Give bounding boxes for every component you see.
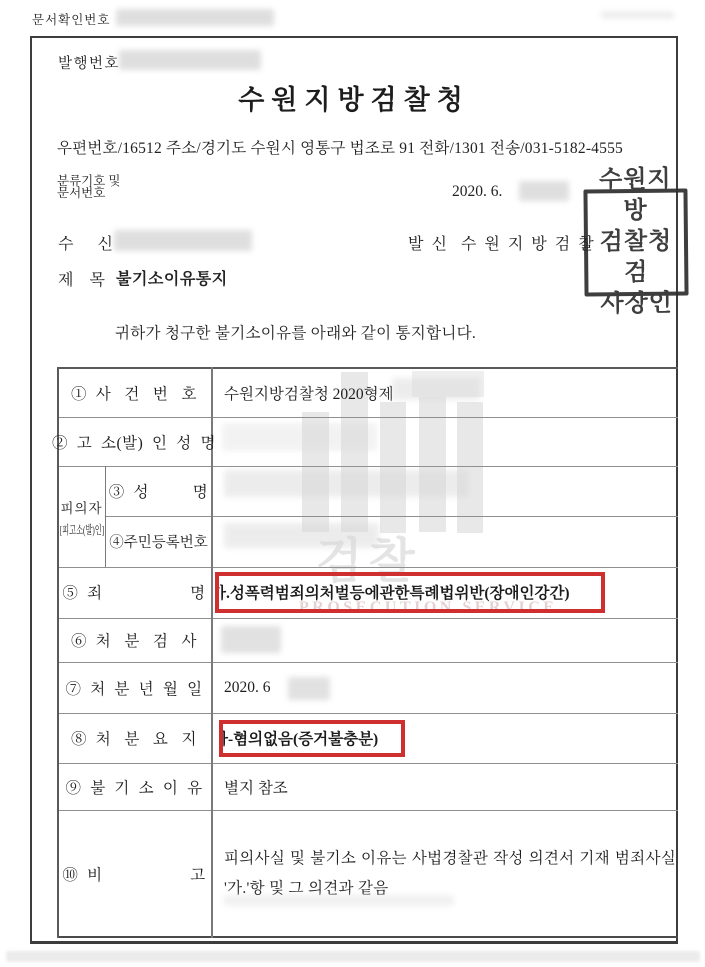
value-disposition-summary-cell: 가-혐의없음(증거불충분) <box>213 714 676 762</box>
highlight-box-charge: 가.성폭력범죄의처벌등에관한특례법위반(장애인강간) <box>215 572 605 613</box>
label-charge-name: ⑤ 죄 명 <box>58 568 210 616</box>
address-line: 우편번호/16512 주소/경기도 수원시 영통구 법조로 91 전화/1301… <box>57 136 623 158</box>
redaction-smudge <box>222 423 377 451</box>
sender-line: 발 신 수 원 지 방 검 찰 <box>408 231 596 254</box>
seal-row: 검찰청검 <box>588 226 685 289</box>
label-suspect-name: ③ 성 명 <box>106 467 211 515</box>
suspect-group-line1: 피의자 <box>60 497 102 517</box>
redaction-smudge <box>224 470 469 497</box>
label-disposition-date: ⑦ 처 분 년 월 일 <box>58 663 210 712</box>
scan-edge-artifact <box>6 951 700 962</box>
redaction-smudge <box>119 50 261 70</box>
redaction-smudge <box>224 895 454 906</box>
label-complainant-name: ② 고 소(발) 인 성 명 <box>58 418 210 465</box>
office-title: 수원지방검찰청 <box>30 78 678 117</box>
label-disposition-prosecutor: ⑥ 처 분 검 사 <box>58 619 210 661</box>
redaction-smudge <box>519 181 569 201</box>
doc-confirm-label: 문서확인번호 <box>32 10 110 28</box>
redaction-smudge <box>114 230 252 251</box>
value-disposition-prosecutor <box>213 619 676 661</box>
redaction-smudge <box>224 523 379 548</box>
redaction-smudge <box>288 677 330 700</box>
label-suspect-group: 피의자 [피고소(발)인] <box>58 467 105 567</box>
label-nonprosecution-reason: ⑨ 불 기 소 이 유 <box>58 764 210 809</box>
classification-line2: 문서번호 <box>57 187 121 199</box>
value-remarks-cell: 피의사실 및 불기소 이유는 사법경찰관 작성 의견서 기재 범죄사실 '가.'… <box>213 811 676 936</box>
recipient-label: 수 신 <box>58 231 113 254</box>
table-line <box>57 936 678 938</box>
scanned-document: 문서확인번호 발행번호 수원지방검찰청 우편번호/16512 주소/경기도 수원… <box>0 0 705 967</box>
label-disposition-summary: ⑧ 처 분 요 지 <box>58 714 210 762</box>
value-charge-name: 가.성폭력범죄의처벌등에관한특례법위반(장애인강간) <box>215 581 570 603</box>
redaction-smudge <box>601 12 674 18</box>
suspect-group-line2: [피고소(발)인] <box>59 521 103 538</box>
subject-value: 불기소이유통지 <box>116 266 228 289</box>
seal-row: 수원지방 <box>587 165 684 228</box>
redaction-smudge <box>392 378 480 400</box>
redaction-smudge <box>221 626 281 653</box>
official-seal-stamp: 수원지방 검찰청검 사장인 <box>583 188 688 296</box>
value-nonprosecution-reason: 별지 참조 <box>213 764 676 809</box>
label-remarks: ⑩ 비 고 <box>58 811 210 936</box>
classification-block: 분류기호 및 문서번호 <box>57 175 121 199</box>
highlight-box-disposition: 가-혐의없음(증거불충분) <box>219 720 405 757</box>
issue-number-label: 발행번호 <box>58 52 120 73</box>
value-charge-name-cell: 가.성폭력범죄의처벌등에관한특례법위반(장애인강간) <box>213 568 676 616</box>
document-date: 2020. 6. <box>452 183 502 201</box>
label-resident-number: ④주민등록번호 <box>106 517 211 566</box>
value-disposition-summary: 가-혐의없음(증거불충분) <box>219 727 378 749</box>
notice-sentence: 귀하가 청구한 불기소이유를 아래와 같이 통지합니다. <box>115 321 476 343</box>
redaction-smudge <box>116 9 274 26</box>
subject-label: 제 목 <box>58 267 105 290</box>
label-case-number: ① 사 건 번 호 <box>58 369 210 416</box>
seal-row: 사장인 <box>588 288 684 320</box>
value-disposition-date: 2020. 6 <box>213 663 676 712</box>
